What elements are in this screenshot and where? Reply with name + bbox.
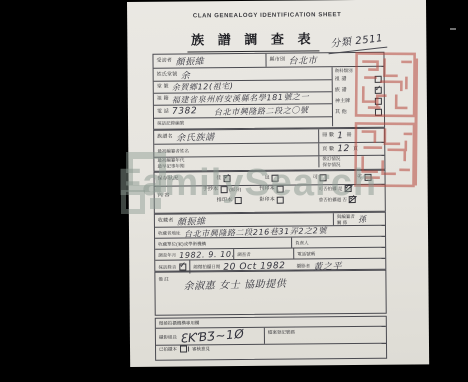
preservation-state-label: 保存狀況 [158, 177, 179, 182]
option-other-checkbox [375, 109, 382, 116]
relation-label-line1: 與編纂者 [337, 214, 355, 219]
row-content-type: 內 容 手抄本 (部分) 刊印本 排印本 影印本 [155, 184, 385, 205]
section-condition: 保存狀況 佳 良 可 劣 內 容 手抄本 [153, 170, 385, 214]
manuscript-label: 手抄本 [203, 187, 219, 192]
cell-camera-operator: 攝影組長 ƐƘƁƷ~1Ø [156, 328, 264, 345]
camera-operator-label: 攝影組長 [159, 334, 177, 339]
cell-remarks: 備 註 余淑惠 女士 協助提供 [155, 271, 385, 315]
cell-interview-record-number: 採訪記錄編號 [154, 118, 187, 127]
relation-label-lines: 與編纂者 關 係 [337, 214, 355, 225]
genealogy-title-label: 族譜名 [157, 135, 173, 140]
survey-date-value: 1982. 9. 10. [179, 249, 235, 259]
option-clan-genealogy-checkbox [375, 87, 382, 94]
cell-review-opinion: 審核意見 [188, 345, 386, 352]
row-compile-dates: 最初編纂年代 最早記事年期 裝訂情況 保存情況 [154, 155, 384, 169]
interview-record-number-label: 採訪記錄編號 [157, 121, 184, 126]
scanned-image-viewport: CLAN GENEALOGY IDENTIFICATION SHEET 族 譜 … [0, 0, 468, 382]
cell-survey-date: 調查年月 1982. 9. 10. [155, 249, 233, 260]
review-opinion-label: 審核意見 [192, 346, 210, 351]
cell-informant-city: 縣市別 台北市 [265, 53, 383, 67]
may-film-line: 可否拍攝 是 [319, 185, 385, 193]
cell-page-count: 頁 數 12 頁 [318, 143, 384, 156]
state-ok-checkbox [320, 174, 327, 181]
state-good-label: 佳 [216, 176, 221, 181]
classification-number-text: 分類 2511 [330, 33, 384, 50]
cell-interview-audio: 採訪錄音 [155, 263, 189, 270]
cell-file-registration: 檔案登記號碼 [264, 327, 386, 344]
first-compiler-label: 最初編纂者姓名 [157, 148, 189, 153]
material-type-panel: 資料類別 祖 譜 族 譜 神主牌 其 他 [332, 67, 385, 126]
sheet-header-english: CLAN GENEALOGY IDENTIFICATION SHEET [152, 12, 382, 20]
informant-name-label: 受訪者 [156, 59, 172, 64]
section-volume-info: 族譜名 余氏族譜 冊 數 1 冊 最初編纂者姓名 頁 數 12 頁 [153, 128, 385, 172]
preservation-condition-label: 保存情況 [322, 162, 340, 167]
genealogy-title-value: 余氏族譜 [176, 130, 215, 144]
cell-surname: 姓氏堂號 余 [154, 68, 194, 80]
phone-number-label: 電話號碼 [297, 251, 315, 256]
row-first-compiler: 最初編纂者姓名 頁 數 12 頁 [154, 142, 384, 157]
cell-first-compiler: 最初編纂者姓名 [154, 143, 318, 156]
ancestral-home-label: 祖 籍 [157, 97, 169, 102]
section-informant: 受訪者 顏振維 縣市別 台北市 姓氏堂號 余 [152, 52, 385, 130]
interview-audio-label: 採訪錄音 [158, 265, 176, 270]
holding-institution-label: 收藏單位(家)或學術機構 [158, 241, 206, 246]
cell-informant-name: 受訪者 顏振維 [153, 54, 265, 68]
person-in-charge-label: 負責人 [295, 240, 309, 245]
manuscript-checkbox [220, 186, 227, 193]
scan-artifact-dash [450, 28, 456, 30]
earliest-record-year-label: 最早記事年期 [157, 164, 184, 169]
state-fair-checkbox [272, 175, 279, 182]
surname-label: 姓氏堂號 [157, 72, 178, 77]
row-interview-record-number: 採訪記錄編號 [154, 116, 332, 128]
filmed-before-label: 曾否拍攝過 否 [319, 197, 347, 202]
filming-permission: 可否拍攝 是 曾否拍攝過 否 [319, 185, 385, 204]
may-film-checkbox [344, 185, 351, 192]
photocopy-label: 影印本 [259, 198, 275, 203]
holder-name-label: 收藏者 [158, 218, 174, 223]
binding-condition-label: 裝訂情況 [322, 156, 340, 161]
state-good-checkbox [224, 175, 231, 182]
cell-person-in-charge: 負責人 [291, 237, 385, 248]
remarks-label: 備 註 [158, 277, 168, 282]
material-type-option: 族 譜 [335, 87, 382, 94]
section1-left-rows: 姓氏堂號 余 堂 號 余賀鄉12(祖宅) 祖 籍 福建省泉州府安溪縣 [154, 67, 333, 128]
cell-office-use-header: 微捲拍攝機構專用欄 [156, 318, 203, 327]
telephone-label: 電 話 [157, 109, 169, 114]
cell-hall-name: 堂 號 余賀鄉12(祖宅) [154, 81, 237, 93]
typeset-label: 排印本 [217, 198, 233, 203]
filming-date-label: 縮微拍攝日期 [193, 264, 220, 269]
manuscript-note: (部分) [229, 187, 241, 192]
row-camera-operator: 攝影組長 ƐƘƁƷ~1Ø 檔案登記號碼 [156, 326, 386, 345]
cell-holder-address: 收藏者地址 台北市興隆路二段216巷31弄2之2號 [155, 226, 330, 238]
state-fair-label: 良 [265, 176, 270, 181]
filmed-before-line: 曾否拍攝過 否 [319, 196, 385, 204]
office-use-header-label: 微捲拍攝機構專用欄 [159, 320, 200, 325]
may-film-label: 可否拍攝 是 [319, 186, 343, 191]
filmed-copy-checkbox [180, 345, 187, 352]
material-type-option: 其 他 [335, 109, 382, 116]
sheet-title-chinese: 族 譜 調 查 表 [187, 28, 319, 52]
informant-name-value: 顏振維 [175, 54, 204, 68]
cell-volume-count: 冊 數 1 冊 [318, 129, 384, 143]
content-options: 手抄本 (部分) 刊印本 排印本 影印本 [185, 185, 319, 204]
page-count-value: 12 [337, 144, 350, 154]
photocopy-checkbox [277, 197, 284, 204]
holder-address-label: 收藏者地址 [158, 230, 181, 235]
photographer-label: 攝影者 [297, 263, 311, 268]
state-poor-checkbox [364, 174, 371, 181]
material-type-option: 神主牌 [335, 98, 382, 105]
content-options-line2: 排印本 影印本 [203, 196, 319, 204]
option-ancestral-tablet-checkbox [375, 98, 382, 105]
option-clan-genealogy-label: 族 譜 [335, 88, 347, 93]
city-label: 縣市別 [269, 58, 285, 63]
option-zupu-label: 祖 譜 [335, 77, 347, 82]
row-informant-name: 受訪者 顏振維 縣市別 台北市 [153, 53, 383, 68]
first-compile-year-label: 最初編纂年代 [157, 158, 184, 163]
state-poor-label: 劣 [357, 175, 362, 180]
telephone-extra-address: 台北市興隆路二段之〇號 [214, 104, 309, 117]
holder-name-value: 顏振維 [176, 214, 205, 228]
page-count-unit: 頁 [353, 146, 358, 151]
cell-surveyor: 調查者 [233, 249, 293, 260]
cell-genealogy-title: 族譜名 余氏族譜 [154, 129, 318, 143]
cell-content-label: 內 容 [155, 193, 185, 198]
row-holder-name: 收藏者 顏振維 與編纂者 關 係 孫 [155, 213, 385, 227]
content-options-line1: 手抄本 (部分) 刊印本 [203, 185, 319, 193]
volume-count-value: 1 [337, 131, 344, 141]
telephone-value: 7382 [172, 106, 198, 117]
cell-holder-relation: 與編纂者 關 係 孫 [333, 213, 385, 225]
hall-name-value: 余賀鄉12(祖宅) [172, 81, 234, 94]
row-genealogy-title: 族譜名 余氏族譜 冊 數 1 冊 [154, 129, 384, 144]
cell-compile-dates: 最初編纂年代 最早記事年期 [154, 156, 318, 168]
cell-holding-institution: 收藏單位(家)或學術機構 [155, 238, 291, 249]
material-type-option: 祖 譜 [335, 76, 382, 83]
typeset-checkbox [234, 197, 241, 204]
cell-filmed-copy: 已拍攝本 [156, 345, 188, 352]
hall-name-label: 堂 號 [157, 85, 169, 90]
section-holder: 收藏者 顏振維 與編纂者 關 係 孫 收藏者地址 台北市興隆路二段216巷31弄… [154, 212, 386, 272]
file-registration-label: 檔案登記號碼 [268, 330, 295, 335]
section1-body: 姓氏堂號 余 堂 號 余賀鄉12(祖宅) 祖 籍 福建省泉州府安溪縣 [154, 66, 385, 128]
surveyor-label: 調查者 [237, 251, 251, 256]
filmed-copy-label: 已拍攝本 [159, 347, 177, 352]
content-label: 內 容 [158, 193, 170, 198]
filmed-before-checkbox [349, 196, 356, 203]
section-office-use: 微捲拍攝機構專用欄 攝影組長 ƐƘƁƷ~1Ø 檔案登記號碼 已拍攝本 審核意見 [155, 316, 387, 361]
volume-count-unit: 冊 [346, 133, 351, 138]
relation-label-line2: 關 係 [337, 220, 355, 225]
camera-operator-signature: ƐƘƁƷ~1Ø [179, 327, 244, 346]
printed-checkbox [277, 186, 284, 193]
option-other-label: 其 他 [335, 110, 347, 115]
interview-audio-checkbox [179, 263, 186, 270]
option-zupu-checkbox [375, 76, 382, 83]
surname-value: 余 [180, 68, 190, 81]
relation-value: 孫 [358, 213, 367, 224]
material-type-header: 資料類別 [335, 68, 382, 73]
page-count-label: 頁 數 [322, 147, 334, 152]
section-remarks: 備 註 余淑惠 女士 協助提供 [154, 270, 386, 316]
state-ok-label: 可 [313, 175, 318, 180]
genealogy-sheet-paper: CLAN GENEALOGY IDENTIFICATION SHEET 族 譜 … [127, 0, 429, 367]
row-survey-date: 調查年月 1982. 9. 10. 調查者 電話號碼 [155, 247, 385, 260]
volume-count-label: 冊 數 [322, 133, 334, 138]
cell-phone-number: 電話號碼 [293, 248, 385, 259]
option-ancestral-tablet-label: 神主牌 [335, 99, 351, 104]
handwritten-classification-number: 分類 2511 [326, 28, 387, 55]
city-value: 台北市 [288, 53, 317, 67]
cell-binding-condition: 裝訂情況 保存情況 [318, 156, 384, 168]
printed-label: 刊印本 [259, 187, 275, 192]
remarks-value: 余淑惠 女士 協助提供 [184, 275, 287, 293]
survey-date-label: 調查年月 [158, 252, 176, 257]
